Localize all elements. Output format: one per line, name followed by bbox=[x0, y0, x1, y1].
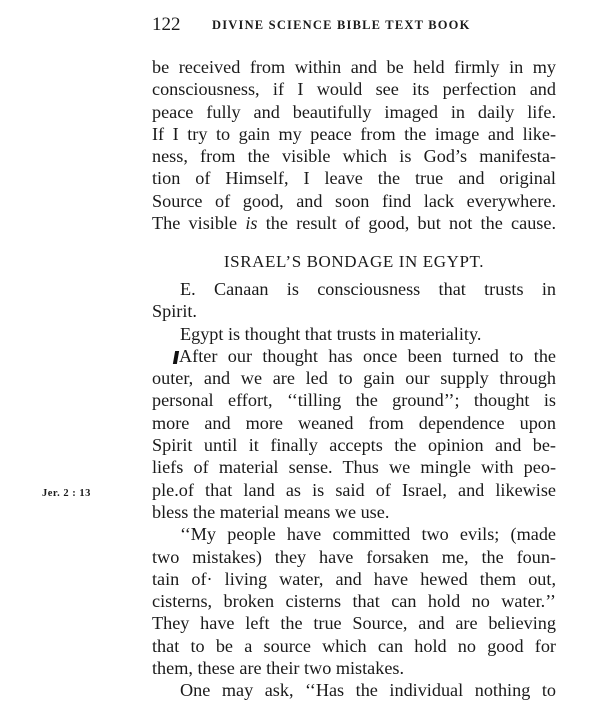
text-line: peace fully and beautifully imaged in da… bbox=[152, 101, 556, 123]
text-line: tion of Himself, I leave the true and or… bbox=[152, 167, 556, 189]
text-line: tain of· living water, and have hewed th… bbox=[152, 568, 556, 590]
scripture-reference: Jer. 2 : 13 bbox=[42, 488, 91, 499]
text-line: two mistakes) they have forsaken me, the… bbox=[152, 546, 556, 568]
emphasis-text: is bbox=[245, 213, 257, 233]
text-span: The visible bbox=[152, 213, 245, 233]
text-line: ‘‘My people have committed two evils; (m… bbox=[152, 523, 556, 545]
text-line: be received from within and be held firm… bbox=[152, 56, 556, 78]
text-line: E. Canaan is consciousness that trusts i… bbox=[152, 278, 556, 300]
text-line: Egypt is thought that trusts in material… bbox=[152, 323, 556, 345]
text-line: Source of good, and soon find lack every… bbox=[152, 190, 556, 212]
paragraph-continued: be received from within and be held firm… bbox=[152, 56, 556, 234]
text-line: personal effort, ‘‘tilling the ground’’;… bbox=[152, 389, 556, 411]
text-line: If I try to gain my peace from the image… bbox=[152, 123, 556, 145]
running-head: 122 DIVINE SCIENCE BIBLE TEXT BOOK bbox=[152, 14, 556, 38]
text-span: After our thought has once been turned t… bbox=[179, 346, 556, 366]
text-line: Spirit. bbox=[152, 300, 556, 322]
section-heading: ISRAEL’S BONDAGE IN EGYPT. bbox=[152, 252, 556, 272]
text-line: consciousness, if I would see its perfec… bbox=[152, 78, 556, 100]
book-page: 122 DIVINE SCIENCE BIBLE TEXT BOOK be re… bbox=[0, 0, 600, 709]
section-body: E. Canaan is consciousness that trusts i… bbox=[152, 278, 556, 702]
text-line: After our thought has once been turned t… bbox=[152, 345, 556, 367]
text-line: One may ask, ‘‘Has the individual nothin… bbox=[152, 679, 556, 701]
text-line: more and more weaned from dependence upo… bbox=[152, 412, 556, 434]
text-line: ple.of that land as is said of Israel, a… bbox=[152, 479, 556, 501]
text-line: them, these are their two mistakes. bbox=[152, 657, 556, 679]
text-line: The visible is the result of good, but n… bbox=[152, 212, 556, 234]
page-number: 122 bbox=[152, 14, 181, 36]
text-line: They have left the true Source, and are … bbox=[152, 612, 556, 634]
text-line: Spirit until it finally accepts the opin… bbox=[152, 434, 556, 456]
text-line: outer, and we are led to gain our supply… bbox=[152, 367, 556, 389]
text-line: liefs of material sense. Thus we mingle … bbox=[152, 456, 556, 478]
text-line: cisterns, broken cisterns that can hold … bbox=[152, 590, 556, 612]
text-line: ness, from the visible which is God’s ma… bbox=[152, 145, 556, 167]
text-line: bless the material means we use. bbox=[152, 501, 556, 523]
text-line: that to be a source which can hold no go… bbox=[152, 635, 556, 657]
text-span: the result of good, but not the cause. bbox=[257, 213, 556, 233]
book-title: DIVINE SCIENCE BIBLE TEXT BOOK bbox=[212, 18, 471, 33]
